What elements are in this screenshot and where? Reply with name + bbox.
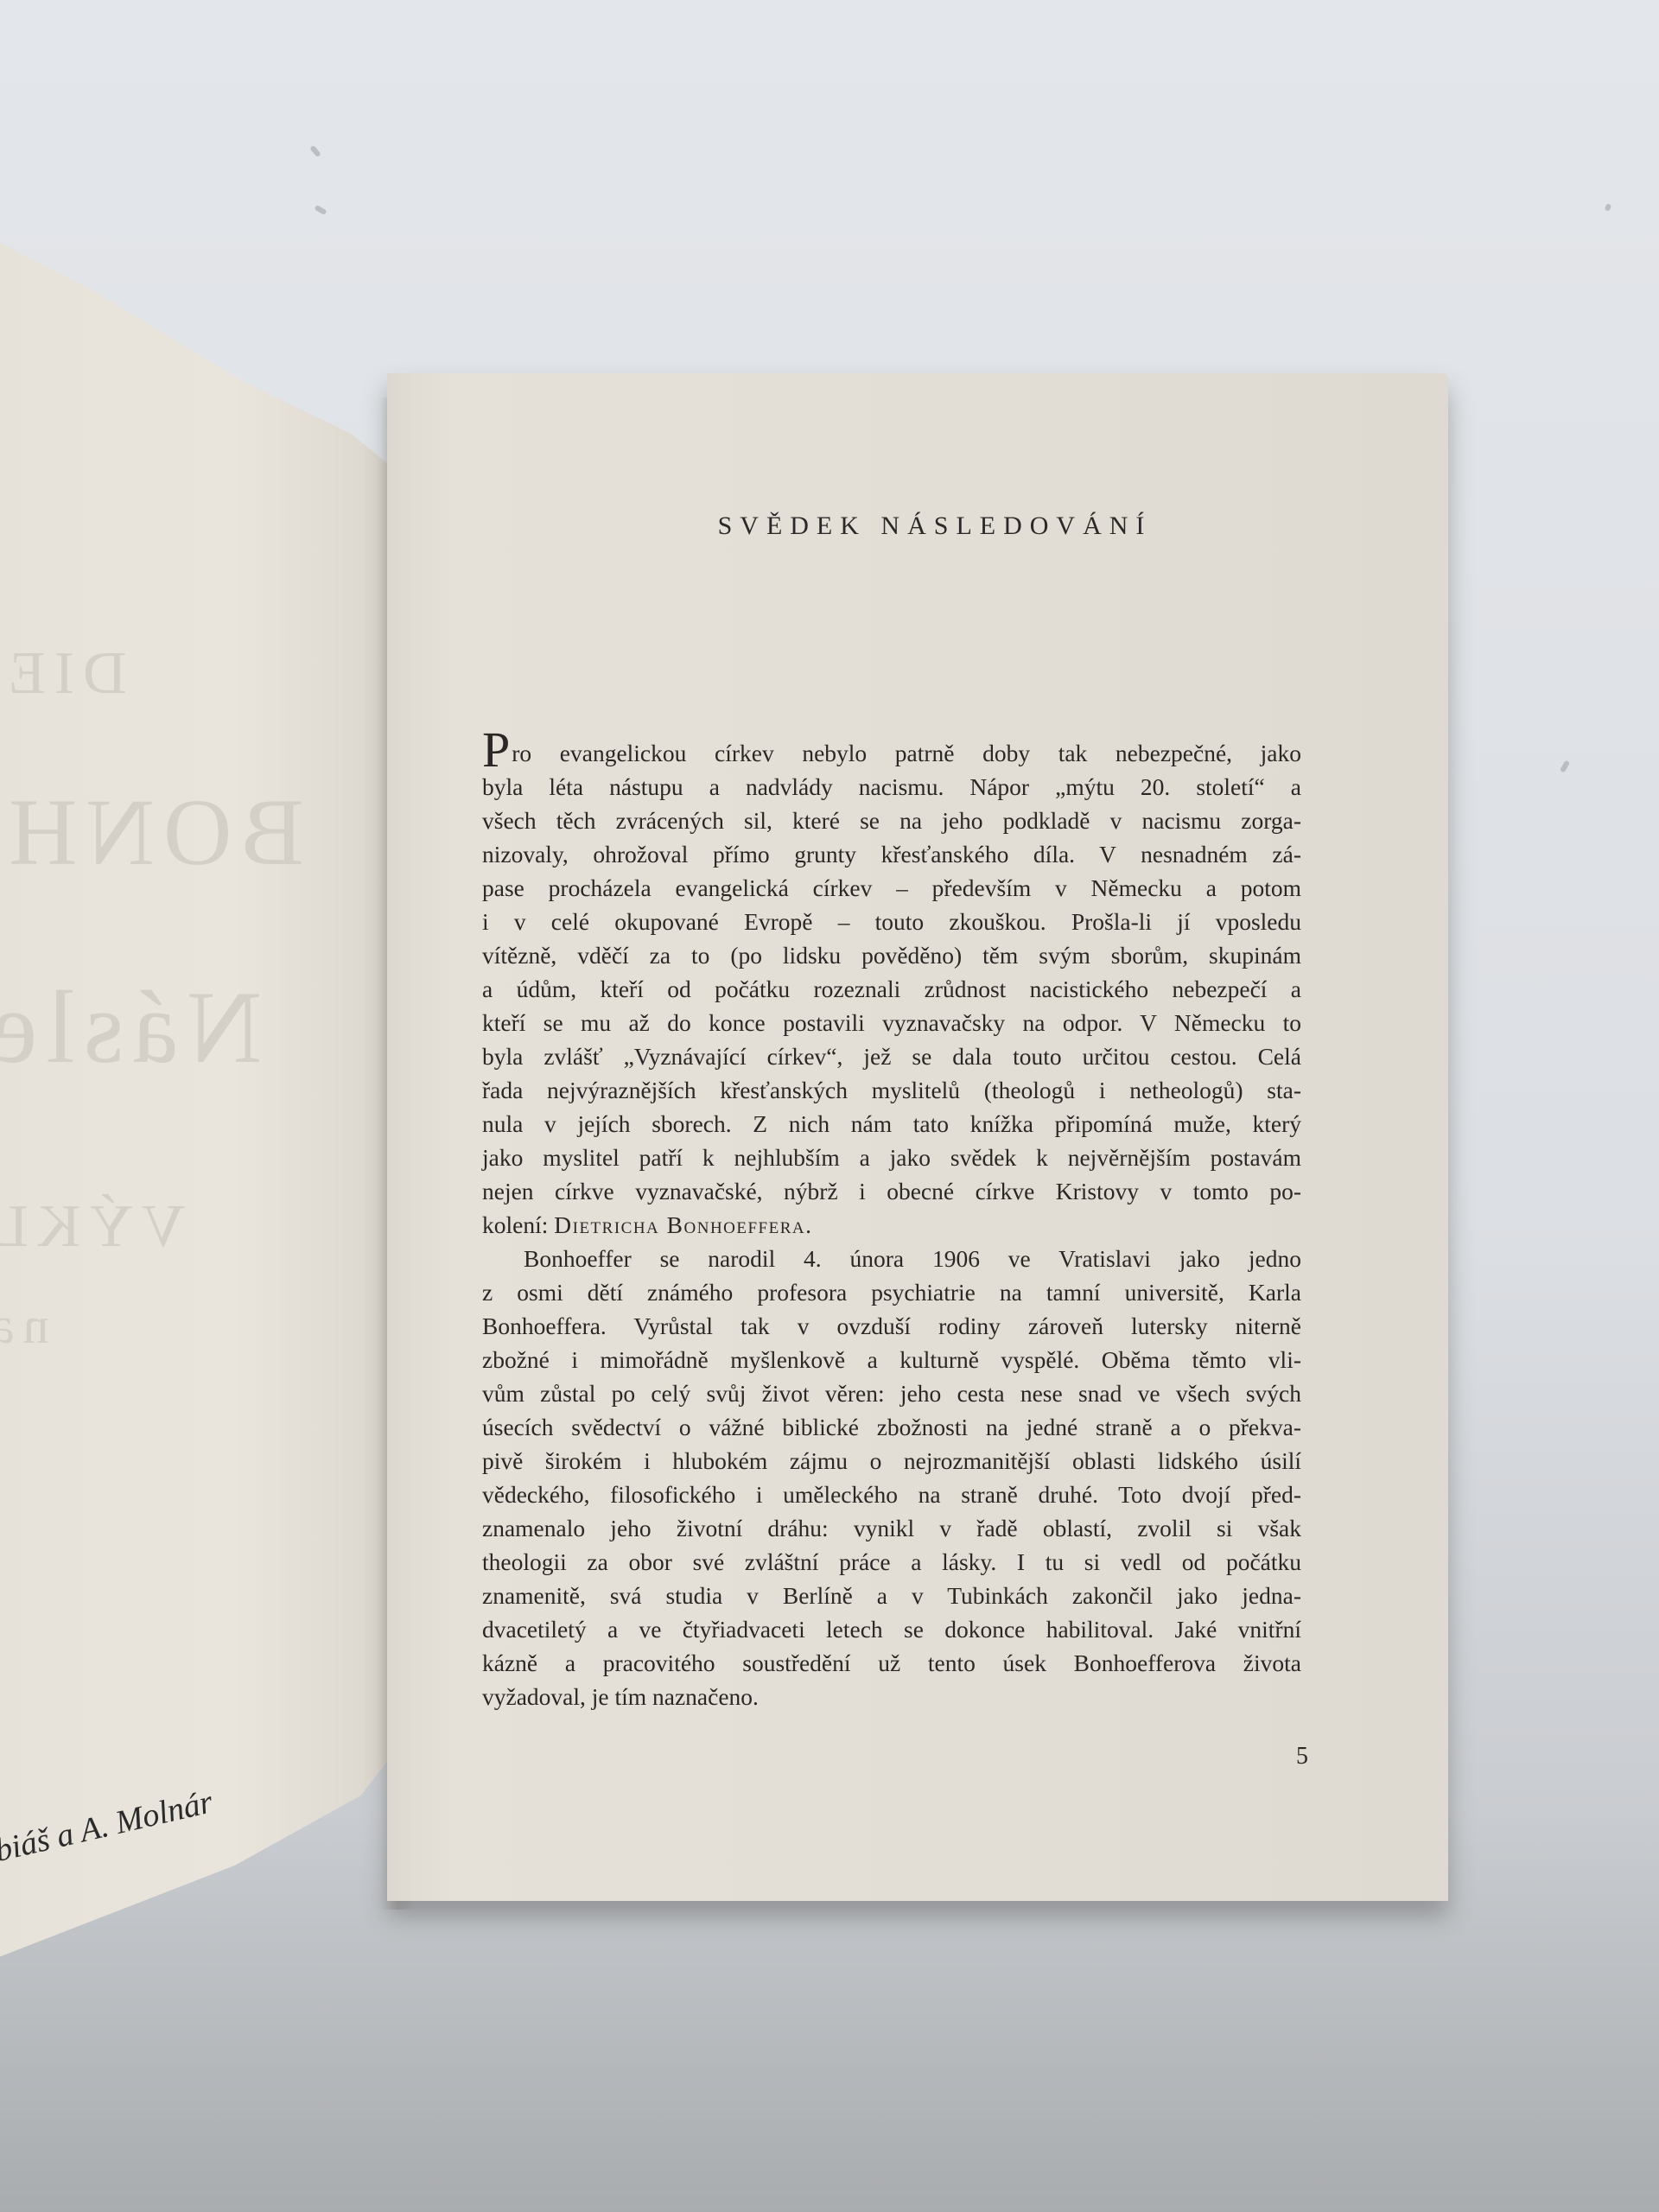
text-line: znamenalo jeho životní dráhu: vynikl v ř… (482, 1511, 1301, 1545)
text-line: Bonhoeffer se narodil 4. února 1906 ve V… (482, 1242, 1301, 1275)
show-through-text: Násle (0, 968, 262, 1087)
text-line: byla léta nástupu a nadvlády nacismu. Ná… (482, 770, 1301, 804)
text-line: Bonhoeffera. Vyrůstal tak v ovzduší rodi… (482, 1309, 1301, 1343)
text-line: řada nejvýraznějších křesťanských myslit… (482, 1073, 1301, 1107)
show-through-text: na (0, 1296, 49, 1356)
text-line: nizovaly, ohrožoval přímo grunty křesťan… (482, 837, 1301, 871)
dust-speck (314, 205, 327, 215)
text-line: vům zůstal po celý svůj život věren: jeh… (482, 1376, 1301, 1410)
text-line: kolení: Dietricha Bonhoeffera. (482, 1208, 1301, 1242)
dust-speck (1560, 760, 1570, 772)
text-line: všech těch zvrácených sil, které se na j… (482, 804, 1301, 837)
text-line: kázně a pracovitého soustředění už tento… (482, 1646, 1301, 1680)
text-line: vítězně, vděčí za to (po lidsku pověděno… (482, 938, 1301, 972)
text-line: pase procházela evangelická církev – pře… (482, 871, 1301, 905)
text-line: dvacetiletý a ve čtyřiadvaceti letech se… (482, 1612, 1301, 1646)
text-line: Pro evangelickou církev nebylo patrně do… (482, 736, 1301, 770)
text-line: úsecích svědectví o vážné biblické zbožn… (482, 1410, 1301, 1444)
chapter-title: SVĚDEK NÁSLEDOVÁNÍ (387, 512, 1448, 541)
text-line: vědeckého, filosofického i uměleckého na… (482, 1478, 1301, 1511)
text-line: z osmi dětí známého profesora psychiatri… (482, 1275, 1301, 1309)
show-through-text: VÝKL (0, 1192, 185, 1262)
text-line: vyžadoval, je tím naznačeno. (482, 1680, 1301, 1713)
dust-speck (309, 145, 321, 158)
show-through-text: DIE (0, 639, 127, 709)
text-line: kteří se mu až do konce postavili vyznav… (482, 1006, 1301, 1039)
text-line: byla zvlášť „Vyznávající církev“, jež se… (482, 1039, 1301, 1073)
left-page: DIE BONH Násle VÝKL na (0, 225, 415, 1970)
text-line: jako myslitel patří k nejhlubším a jako … (482, 1141, 1301, 1174)
text-line: nejen církve vyznavačské, nýbrž i obecné… (482, 1174, 1301, 1208)
text-line: a údům, kteří od počátku rozeznali zrůdn… (482, 972, 1301, 1006)
page-number: 5 (1296, 1743, 1308, 1770)
dust-speck (1605, 203, 1611, 212)
body-text: Pro evangelickou církev nebylo patrně do… (482, 736, 1301, 1713)
text-line: nula v jejích sborech. Z nich nám tato k… (482, 1107, 1301, 1141)
show-through-text: BONH (0, 778, 304, 887)
text-line: pivě širokém i hlubokém zájmu o nejrozma… (482, 1444, 1301, 1478)
subject-name: Dietricha Bonhoeffera (554, 1211, 805, 1238)
text-line: i v celé okupované Evropě – touto zkoušk… (482, 905, 1301, 938)
text-line: theologii za obor své zvláštní práce a l… (482, 1545, 1301, 1579)
text-line: zbožné i mimořádně myšlenkově a kulturně… (482, 1343, 1301, 1376)
right-page: SVĚDEK NÁSLEDOVÁNÍ Pro evangelickou círk… (387, 373, 1448, 1901)
text-line: znamenitě, svá studia v Berlíně a v Tubi… (482, 1579, 1301, 1612)
